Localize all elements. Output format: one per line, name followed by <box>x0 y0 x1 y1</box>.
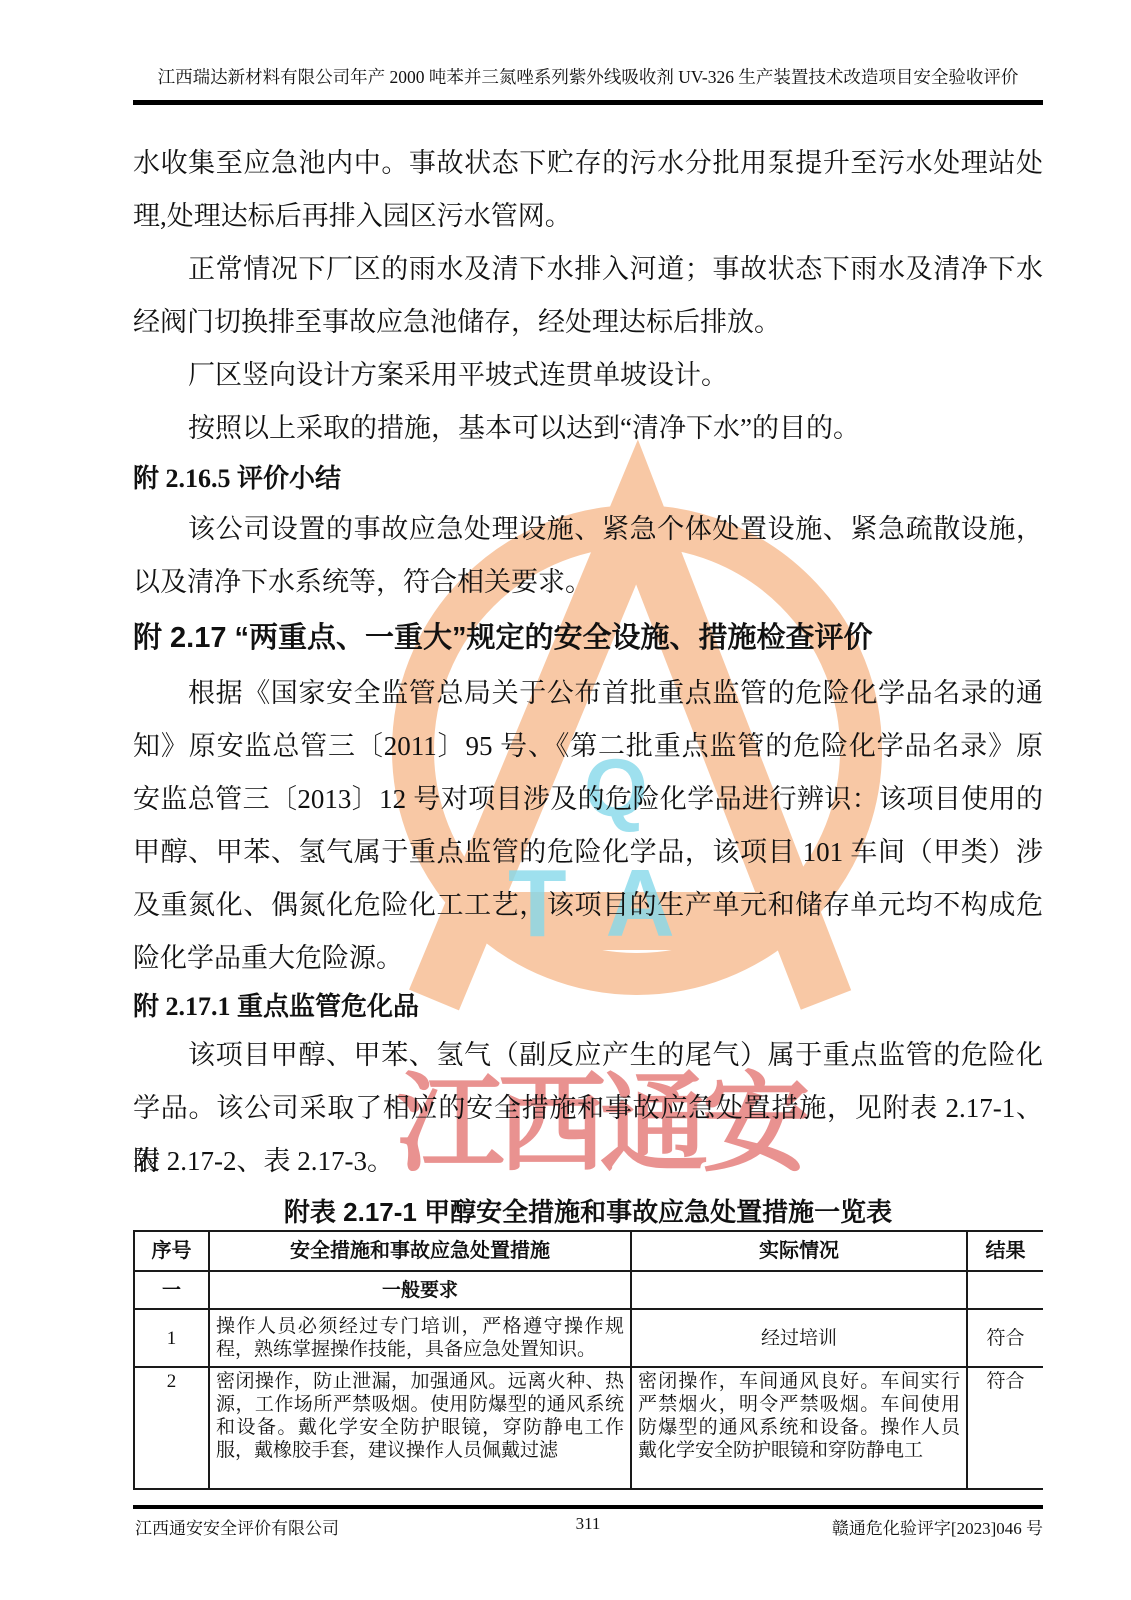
table-header-cell: 序号 <box>134 1231 209 1271</box>
page-header-title: 江西瑞达新材料有限公司年产 2000 吨苯并三氮唑系列紫外线吸收剂 UV-326… <box>133 64 1043 89</box>
header-rule <box>133 100 1043 105</box>
table-cell: 经过培训 <box>631 1309 967 1367</box>
table-cell <box>631 1271 967 1309</box>
paragraph-line: 理,处理达标后再排入园区污水管网。 <box>133 190 1043 243</box>
paragraph-line: 知》原安监总管三〔2011〕95 号、《第二批重点监管的危险化学品名录》原 <box>133 720 1043 773</box>
paragraph-line: 学品。该公司采取了相应的安全措施和事故应急处置措施，见附表 2.17-1、附 <box>133 1082 1043 1135</box>
paragraph-line: 经阀门切换排至事故应急池储存，经处理达标后排放。 <box>133 296 1043 349</box>
paragraph-line: 该公司设置的事故应急处理设施、紧急个体处置设施、紧急疏散设施， <box>133 503 1043 556</box>
table-cell: 一般要求 <box>209 1271 631 1309</box>
table-cell: 符合 <box>967 1309 1043 1367</box>
paragraph-line: 险化学品重大危险源。 <box>133 932 1043 985</box>
paragraph-line: 根据《国家安全监管总局关于公布首批重点监管的危险化学品名录的通 <box>133 667 1043 720</box>
paragraph-line: 以及清净下水系统等，符合相关要求。 <box>133 556 1043 609</box>
paragraph-line: 及重氮化、偶氮化危险化工工艺，该项目的生产单元和储存单元均不构成危 <box>133 879 1043 932</box>
table-row: 1操作人员必须经过专门培训，严格遵守操作规程，熟练掌握操作技能，具备应急处置知识… <box>134 1309 1043 1367</box>
safety-table-wrap: 序号安全措施和事故应急处置措施实际情况结果一一般要求1操作人员必须经过专门培训，… <box>133 1230 1043 1490</box>
table-cell <box>967 1271 1043 1309</box>
footer-doc-number: 赣通危化验评字[2023]046 号 <box>832 1514 1043 1539</box>
section-heading: 附 2.16.5 评价小结 <box>133 455 1043 503</box>
section-heading: 附 2.17 “两重点、一重大”规定的安全设施、措施检查评价 <box>133 609 1043 667</box>
page-footer: 江西通安安全评价有限公司 311 赣通危化验评字[2023]046 号 <box>133 1514 1043 1540</box>
table-row: 一一般要求 <box>134 1271 1043 1309</box>
document-page: Q TA 江西通安 江西瑞达新材料有限公司年产 2000 吨苯并三氮唑系列紫外线… <box>0 0 1131 1600</box>
table-cell: 1 <box>134 1309 209 1367</box>
paragraph-line: 水收集至应急池内中。事故状态下贮存的污水分批用泵提升至污水处理站处 <box>133 137 1043 190</box>
table-cell: 2 <box>134 1367 209 1489</box>
table-cell: 操作人员必须经过专门培训，严格遵守操作规程，熟练掌握操作技能，具备应急处置知识。 <box>209 1309 631 1367</box>
table-cell: 密闭操作，车间通风良好。车间实行严禁烟火，明令严禁吸烟。车间使用防爆型的通风系统… <box>631 1367 967 1489</box>
table-row: 2密闭操作，防止泄漏，加强通风。远离火种、热源，工作场所严禁吸烟。使用防爆型的通… <box>134 1367 1043 1489</box>
table-header-cell: 实际情况 <box>631 1231 967 1271</box>
table-header-row: 序号安全措施和事故应急处置措施实际情况结果 <box>134 1231 1043 1271</box>
paragraph-line: 该项目甲醇、甲苯、氢气（副反应产生的尾气）属于重点监管的危险化 <box>133 1029 1043 1082</box>
table-cell: 一 <box>134 1271 209 1309</box>
safety-measures-table: 序号安全措施和事故应急处置措施实际情况结果一一般要求1操作人员必须经过专门培训，… <box>133 1230 1043 1490</box>
paragraph-line: 厂区竖向设计方案采用平坡式连贯单坡设计。 <box>133 349 1043 402</box>
table-cell: 密闭操作，防止泄漏，加强通风。远离火种、热源，工作场所严禁吸烟。使用防爆型的通风… <box>209 1367 631 1489</box>
footer-rule <box>133 1505 1043 1509</box>
paragraph-line: 按照以上采取的措施，基本可以达到“清净下水”的目的。 <box>133 402 1043 455</box>
paragraph-line: 安监总管三〔2013〕12 号对项目涉及的危险化学品进行辨识：该项目使用的 <box>133 773 1043 826</box>
table-header-cell: 安全措施和事故应急处置措施 <box>209 1231 631 1271</box>
table-header-cell: 结果 <box>967 1231 1043 1271</box>
table-title: 附表 2.17-1 甲醇安全措施和事故应急处置措施一览表 <box>133 1194 1043 1230</box>
paragraph-line: 表 2.17-2、表 2.17-3。 <box>133 1135 1043 1188</box>
document-body: 水收集至应急池内中。事故状态下贮存的污水分批用泵提升至污水处理站处理,处理达标后… <box>133 137 1043 1230</box>
paragraph-line: 甲醇、甲苯、氢气属于重点监管的危险化学品，该项目 101 车间（甲类）涉 <box>133 826 1043 879</box>
section-heading: 附 2.17.1 重点监管危化品 <box>133 985 1043 1029</box>
paragraph-line: 正常情况下厂区的雨水及清下水排入河道；事故状态下雨水及清净下水 <box>133 243 1043 296</box>
table-cell: 符合 <box>967 1367 1043 1489</box>
